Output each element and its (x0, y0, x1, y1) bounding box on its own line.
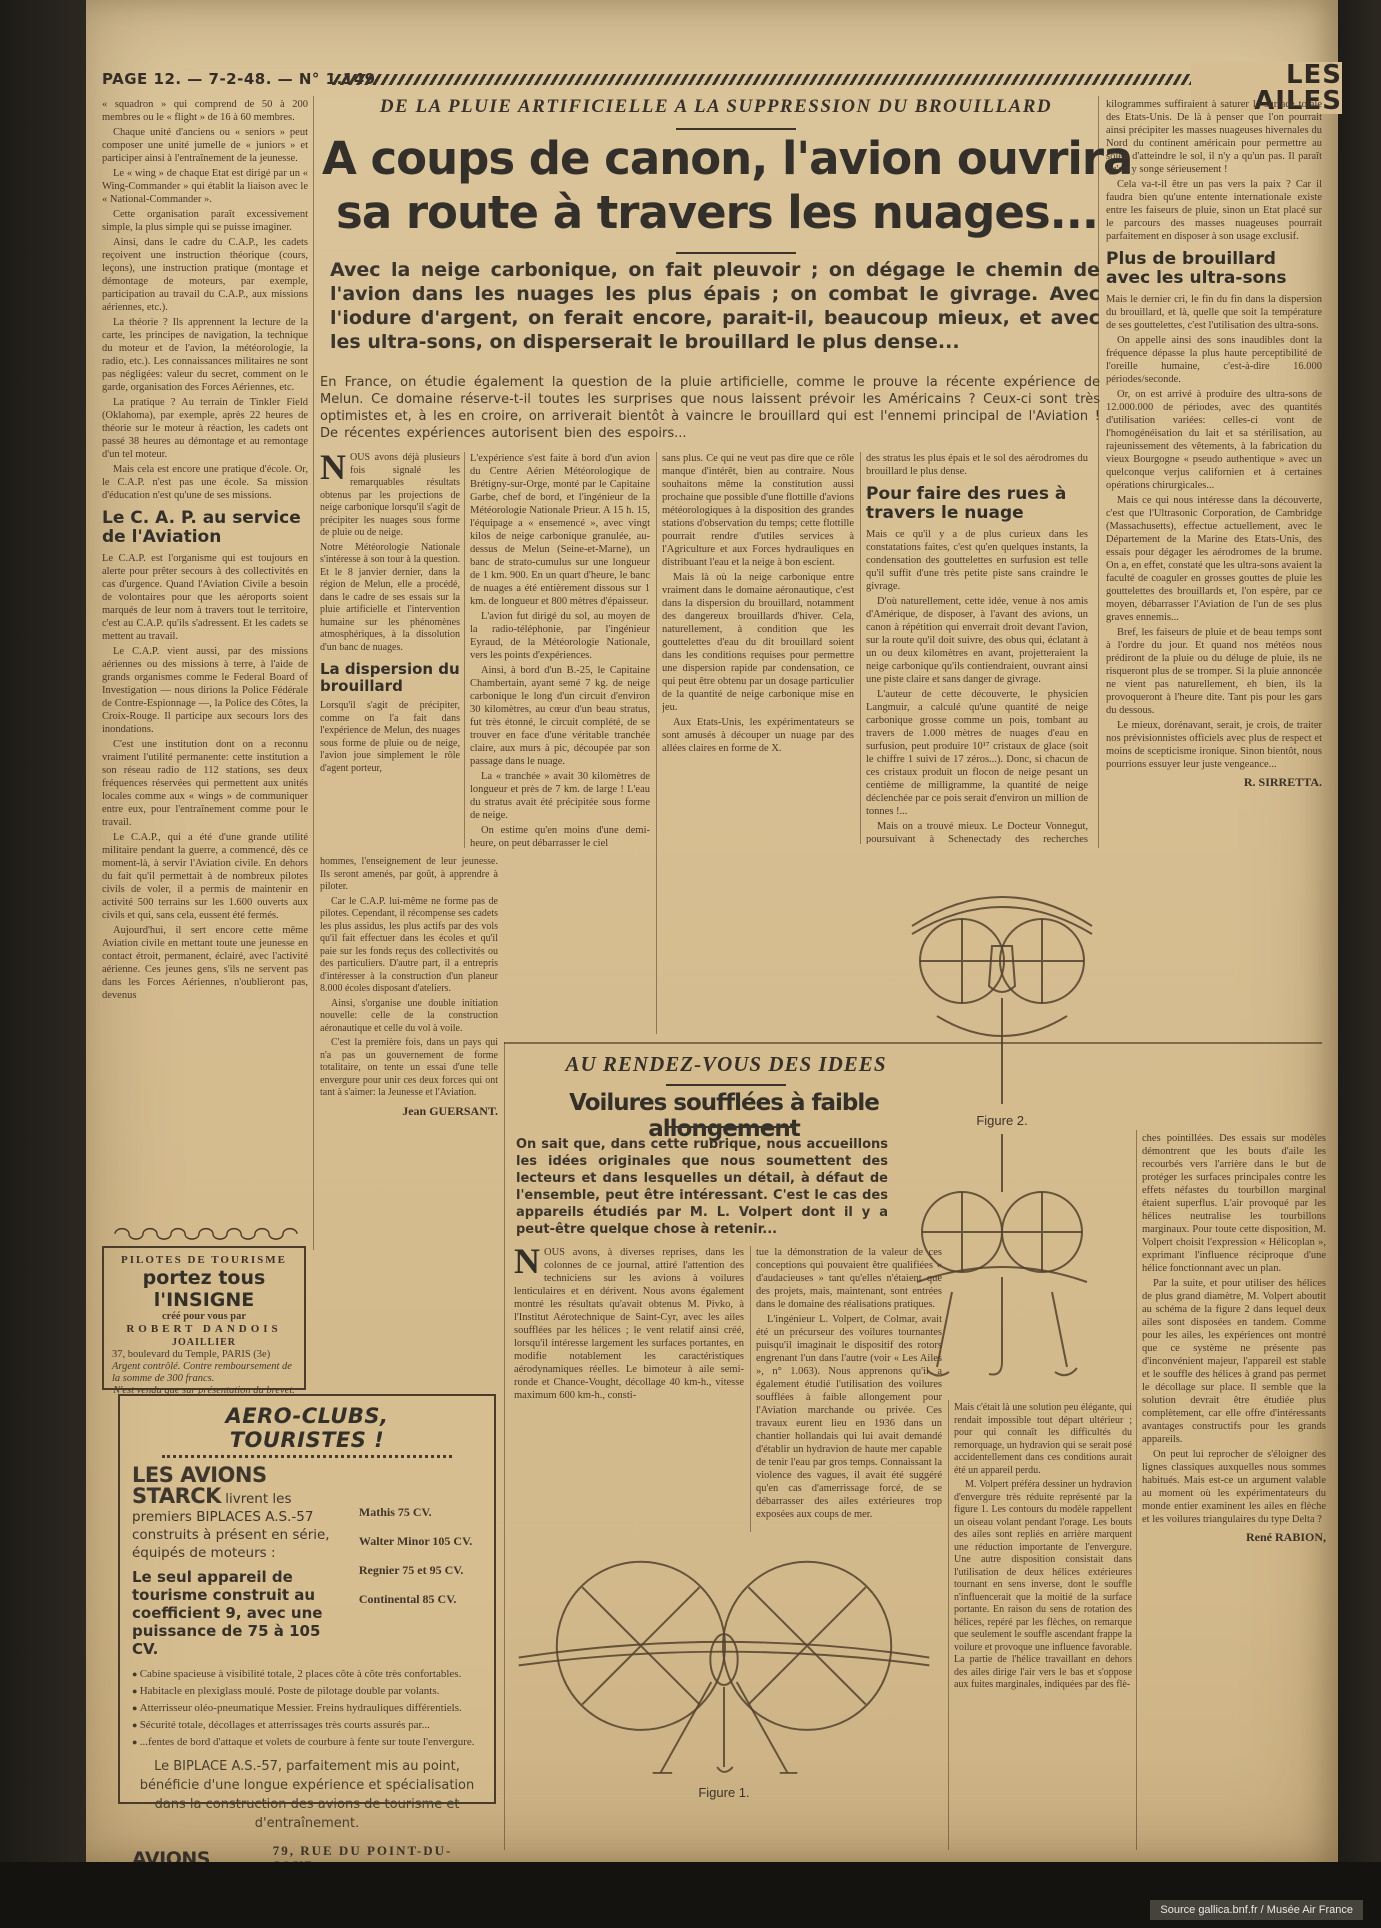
column-rule (1098, 96, 1099, 848)
paragraph: Cette organisation paraît excessivement … (102, 208, 308, 234)
guersant-signature: Jean GUERSANT. (320, 1104, 498, 1118)
column-rule (464, 452, 465, 848)
paragraph: hommes, l'enseignement de leur jeunesse.… (320, 856, 498, 894)
paragraph: M. Volpert préféra dessiner un hydravion… (954, 1479, 1132, 1692)
column-rule (860, 452, 861, 844)
paragraph: Cabine spacieuse à visibilité totale, 2 … (132, 1668, 482, 1681)
paragraph: Ainsi, s'organise une double initiation … (320, 998, 498, 1036)
starck-ad-claim: Le seul appareil de tourisme construit a… (132, 1568, 351, 1658)
newspaper-page: PAGE 12. — 7-2-48. — N° 1.149 LES AILES … (86, 0, 1338, 1862)
paragraph: Le C.A.P., qui a été d'une grande utilit… (102, 831, 308, 922)
paragraph: Sécurité totale, décollages et atterriss… (132, 1719, 482, 1732)
starck-ad-box: AERO-CLUBS, TOURISTES ! LES AVIONS STARC… (118, 1394, 496, 1804)
figure1-drawing (504, 1540, 944, 1780)
cap-article-left-column: « squadron » qui comprend de 50 à 200 me… (102, 98, 308, 1224)
paragraph: Car le C.A.P. lui-même ne forme pas de p… (320, 896, 498, 996)
paragraph: La pratique ? Au terrain de Tinkler Fiel… (102, 396, 308, 461)
cap-article-paras: « squadron » qui comprend de 50 à 200 me… (102, 98, 308, 502)
paragraph: Mais ce qu'il y a de plus curieux dans l… (866, 528, 1088, 593)
subhead-dispersion: La dispersion du brouillard (320, 661, 460, 695)
main-article-col4: des stratus les plus épais et le sol des… (866, 452, 1088, 844)
col2-paras: L'expérience s'est faite à bord d'un avi… (470, 452, 650, 850)
column-rule (750, 1246, 751, 1532)
insigne-ad-line3: créé pour vous par (112, 1311, 296, 1323)
rabion-signature: René RABION, (1142, 1530, 1326, 1544)
main-article-kicker: DE LA PLUIE ARTIFICIELLE A LA SUPPRESSIO… (326, 96, 1106, 118)
paragraph: D'où naturellement, cette idée, venue à … (866, 595, 1088, 686)
paragraph: Regnier 75 et 95 CV. (359, 1562, 482, 1579)
paragraph: C'est une institution dont on a reconnu … (102, 738, 308, 829)
paragraph: L'avion fut dirigé du sol, au moyen de l… (470, 610, 650, 662)
paragraph: Le mieux, dorénavant, serait, je crois, … (1106, 719, 1322, 771)
insigne-note1: Argent contrôlé. Contre remboursement de… (112, 1361, 296, 1385)
main-article-intro: En France, on étudie également la questi… (320, 374, 1100, 442)
paragraph: Par la suite, et pour utiliser des hélic… (1142, 1277, 1326, 1446)
paragraph: Mais ce qui nous intéresse dans la décou… (1106, 494, 1322, 624)
subhead-ultrasons: Plus de brouillard avec les ultra-sons (1106, 250, 1322, 288)
col1-paras: Notre Météorologie Nationale s'intéresse… (320, 542, 460, 655)
paragraph: Le C.A.P. est l'organisme qui est toujou… (102, 552, 308, 643)
scan-right-edge (1338, 0, 1381, 1862)
masthead-hatch-rule (330, 74, 1310, 85)
paragraph: « squadron » qui comprend de 50 à 200 me… (102, 98, 308, 124)
paragraph: Or, on est arrivé à produire des ultra-s… (1106, 388, 1322, 492)
cap-article-continuation: hommes, l'enseignement de leur jeunesse.… (320, 856, 498, 1254)
insigne-address: 37, boulevard du Temple, PARIS (3e) (112, 1349, 296, 1361)
paragraph: Lorsqu'il s'agit de précipiter, comme on… (320, 700, 460, 775)
ideas-headline: Voilures soufflées à faible allongement (514, 1090, 934, 1142)
paragraph: L'ingénieur L. Volpert, de Colmar, avait… (756, 1313, 942, 1521)
cap-section-title: Le C. A. P. au service de l'Aviation (102, 509, 308, 547)
wavy-divider (102, 1226, 310, 1240)
right-col-paras: kilogrammes suffiraient à saturer la sur… (1106, 98, 1322, 243)
paragraph: Bref, les faiseurs de pluie et de beau t… (1106, 626, 1322, 717)
paragraph: Atterrisseur oléo-pneumatique Messier. F… (132, 1702, 482, 1715)
ideas-intro: On sait que, dans cette rubrique, nous a… (516, 1136, 888, 1238)
main-article-col1: NOUS avons déjà plusieurs fois signalé l… (320, 452, 460, 848)
insigne-jeweler-title: JOAILLIER (112, 1336, 296, 1349)
main-article-right-column: kilogrammes suffiraient à saturer la sur… (1106, 98, 1322, 850)
ideas-colA: NOUS avons, à diverses reprises, dans le… (514, 1246, 744, 1532)
paragraph: Walter Minor 105 CV. (359, 1533, 482, 1550)
paragraph: Ainsi, dans le cadre du C.A.P., les cade… (102, 236, 308, 314)
paragraph: Mais c'était là une solution peu élégant… (954, 1402, 1132, 1477)
main-article-deck: Avec la neige carbonique, on fait pleuvo… (330, 258, 1100, 354)
column-rule (656, 452, 657, 1034)
paragraph: Mais on a trouvé mieux. Le Docteur Vonne… (866, 820, 1088, 844)
paragraph: Aujourd'hui, il sert encore cette même A… (102, 924, 308, 1002)
column-rule (313, 96, 314, 1250)
paragraph: Mais là où la neige carbonique entre vra… (662, 571, 854, 714)
column-rule (1136, 1130, 1137, 1850)
ideas-banner-rule (666, 1084, 786, 1086)
main-headline-line1: A coups de canon, l'avion ouvrira (322, 132, 1112, 186)
column-rule (948, 1400, 949, 1850)
paragraph: Mais le dernier cri, le fin du fin dans … (1106, 293, 1322, 332)
paragraph: ...fentes de bord d'attaque et volets de… (132, 1736, 482, 1749)
ideas-headline-rule (666, 1126, 796, 1128)
ideas-colD-paras: ches pointillées. Des essais sur modèles… (1142, 1132, 1326, 1526)
headline-rule (676, 252, 796, 254)
paragraph: On estime qu'en moins d'une demi-heure, … (470, 824, 650, 850)
paragraph: kilogrammes suffiraient à saturer la sur… (1106, 98, 1322, 176)
main-article-col3: sans plus. Ce qui ne veut pas dire que c… (662, 452, 854, 1034)
right-col-paras-2: Mais le dernier cri, le fin du fin dans … (1106, 293, 1322, 771)
paragraph: Le « wing » de chaque Etat est dirigé pa… (102, 167, 308, 206)
ideas-colD: ches pointillées. Des essais sur modèles… (1142, 1132, 1326, 1850)
paragraph: L'expérience s'est faite à bord d'un avi… (470, 452, 650, 608)
kicker-rule (676, 128, 796, 130)
ideas-dropcap-letter: N (514, 1246, 540, 1276)
paragraph: Mais cela est encore une pratique d'écol… (102, 463, 308, 502)
ideas-colA-lead: OUS avons, à diverses reprises, dans les… (514, 1247, 744, 1401)
figure2-drawing-top (894, 856, 1110, 1106)
sirretta-signature: R. SIRRETTA. (1106, 775, 1322, 789)
paragraph: ches pointillées. Des essais sur modèles… (1142, 1132, 1326, 1275)
paragraph: Cela va-t-il être un pas vers la paix ? … (1106, 178, 1322, 243)
ideas-colC: Mais c'était là une solution peu élégant… (954, 1402, 1132, 1850)
scan-footer-band: Source gallica.bnf.fr / Musée Air France (0, 1862, 1381, 1928)
cap-cont-paras: hommes, l'enseignement de leur jeunesse.… (320, 856, 498, 1100)
newspaper-scan: PAGE 12. — 7-2-48. — N° 1.149 LES AILES … (0, 0, 1381, 1928)
ideas-colC-paras: Mais c'était là une solution peu élégant… (954, 1402, 1132, 1692)
starck-bullet-list: Cabine spacieuse à visibilité totale, 2 … (132, 1668, 482, 1749)
starck-ad-lead: LES AVIONS STARCK livrent les premiers B… (132, 1466, 351, 1658)
insigne-jeweler-name: ROBERT DANDOIS (112, 1323, 296, 1336)
ideas-section-top-rule (504, 1042, 1322, 1044)
paragraph: La théorie ? Ils apprennent la lecture d… (102, 316, 308, 394)
starck-ad-lead-row: LES AVIONS STARCK livrent les premiers B… (132, 1466, 482, 1658)
paragraph: On appelle ainsi des sons inaudibles don… (1106, 334, 1322, 386)
paragraph: La « tranchée » avait 30 kilomètres de l… (470, 770, 650, 822)
paragraph: Continental 85 CV. (359, 1591, 482, 1608)
col4-lead: des stratus les plus épais et le sol des… (866, 452, 1088, 478)
cap-article-paras-2: Le C.A.P. est l'organisme qui est toujou… (102, 552, 308, 1002)
col3-paras: sans plus. Ce qui ne veut pas dire que c… (662, 452, 854, 755)
ideas-colB-paras: tue la démonstration de la valeur de ces… (756, 1246, 942, 1521)
paragraph: On peut lui reprocher de s'éloigner des … (1142, 1448, 1326, 1526)
insigne-ad-line2: portez tous l'INSIGNE (112, 1267, 296, 1311)
paragraph: Chaque unité d'anciens ou « seniors » pe… (102, 126, 308, 165)
paragraph: sans plus. Ce qui ne veut pas dire que c… (662, 452, 854, 569)
paragraph: Ainsi, à bord d'un B.-25, le Capitaine C… (470, 664, 650, 768)
paragraph: Habitacle en plexiglass moulé. Poste de … (132, 1685, 482, 1698)
paragraph: Notre Météorologie Nationale s'intéresse… (320, 542, 460, 655)
source-attribution: Source gallica.bnf.fr / Musée Air France (1150, 1900, 1363, 1920)
main-headline-line2: sa route à travers les nuages... (322, 186, 1112, 240)
figure1-caption: Figure 1. (504, 1785, 944, 1800)
paragraph: Aux Etats-Unis, les expérimentateurs se … (662, 716, 854, 755)
dropcap-letter: N (320, 452, 346, 482)
scan-left-edge (0, 0, 86, 1862)
ideas-banner: AU RENDEZ-VOUS DES IDEES (556, 1052, 896, 1076)
paragraph: Le C.A.P. vient aussi, par des missions … (102, 645, 308, 736)
starck-ad-title: AERO-CLUBS, TOURISTES ! (162, 1404, 452, 1458)
insigne-ad-box: PILOTES DE TOURISME portez tous l'INSIGN… (102, 1246, 306, 1390)
starck-ad-closing: Le BIPLACE A.S.-57, parfaitement mis au … (132, 1757, 482, 1833)
paragraph: Mathis 75 CV. (359, 1504, 482, 1521)
figure1-block: Figure 1. (504, 1540, 944, 1810)
starck-motor-list: Mathis 75 CV.Walter Minor 105 CV.Regnier… (351, 1466, 482, 1658)
paragraph: C'est la première fois, dans un pays qui… (320, 1037, 498, 1100)
col1-paras-2: Lorsqu'il s'agit de précipiter, comme on… (320, 700, 460, 775)
paragraph: tue la démonstration de la valeur de ces… (756, 1246, 942, 1311)
paragraph: L'auteur de cette découverte, le physici… (866, 688, 1088, 818)
col4-paras: Mais ce qu'il y a de plus curieux dans l… (866, 528, 1088, 844)
ideas-colB: tue la démonstration de la valeur de ces… (756, 1246, 942, 1532)
insigne-ad-line1: PILOTES DE TOURISME (112, 1254, 296, 1267)
subhead-rues: Pour faire des rues à travers le nuage (866, 485, 1088, 523)
